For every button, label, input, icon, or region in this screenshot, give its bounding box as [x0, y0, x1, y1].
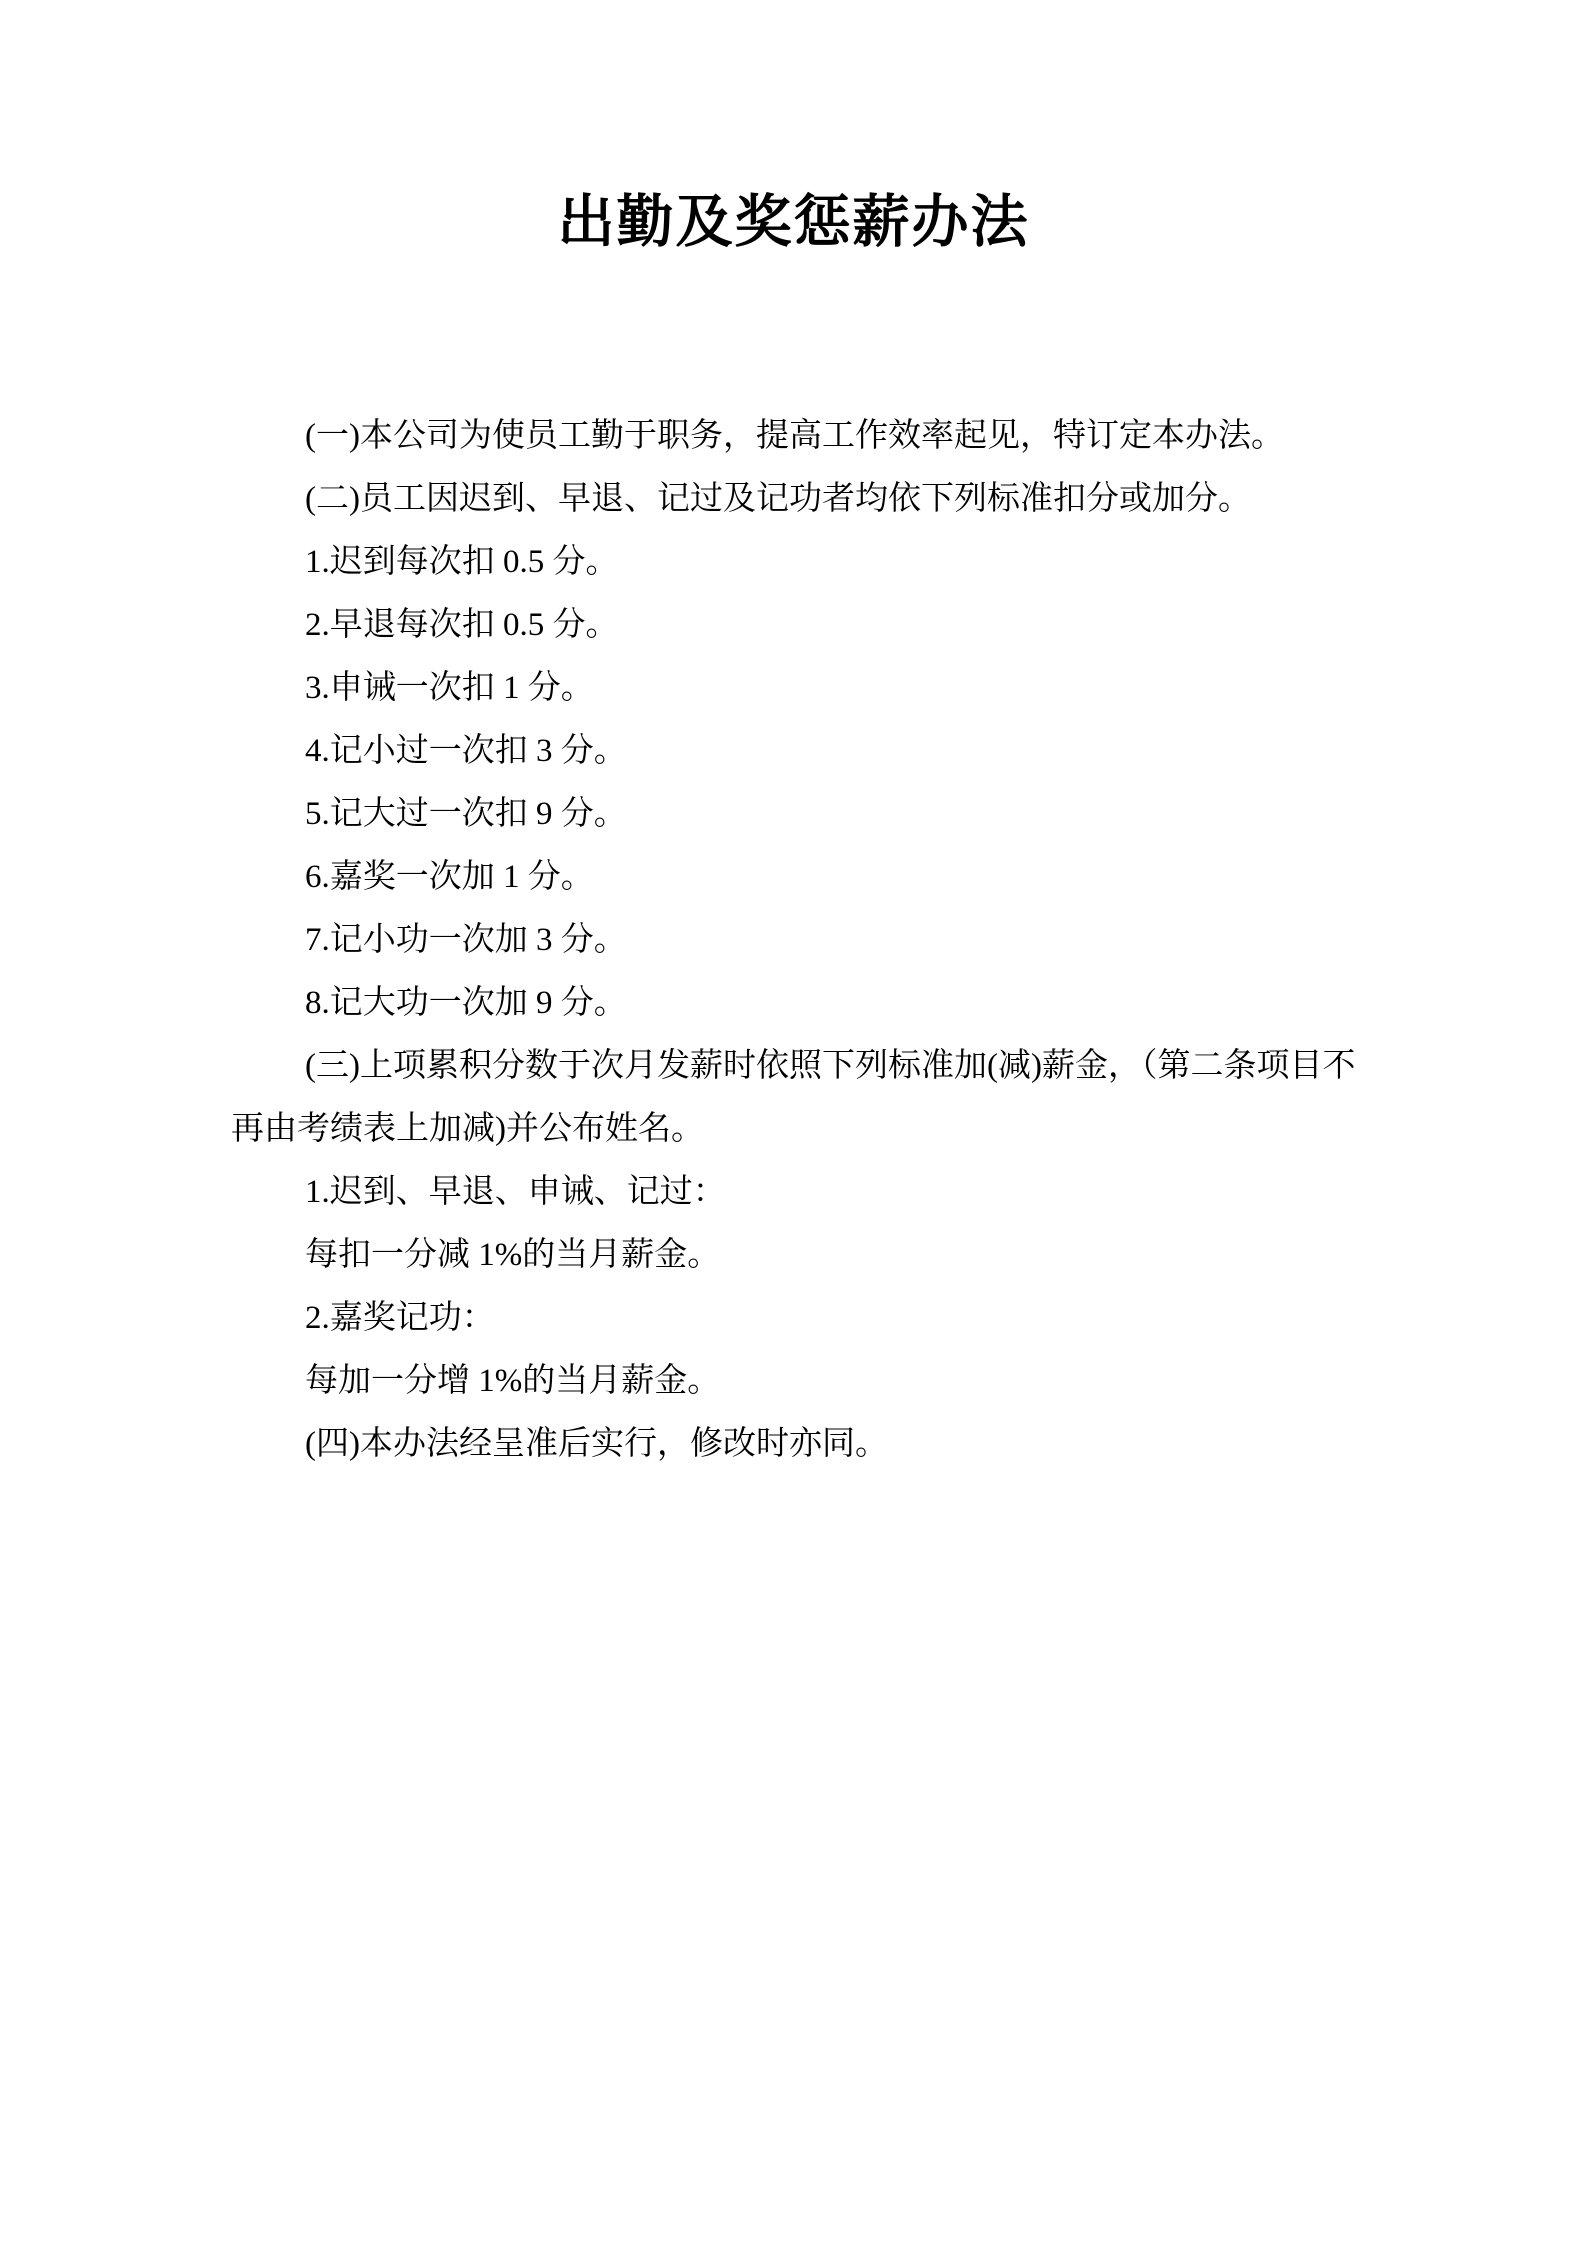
paragraph: 3.申诫一次扣 1 分。	[231, 657, 1356, 720]
document-body: (一)本公司为使员工勤于职务，提高工作效率起见，特订定本办法。(二)员工因迟到、…	[231, 405, 1356, 1476]
paragraph: 8.记大功一次加 9 分。	[231, 972, 1356, 1035]
document-title: 出勤及奖惩薪办法	[0, 0, 1587, 252]
paragraph: 4.记小过一次扣 3 分。	[231, 720, 1356, 783]
paragraph: (二)员工因迟到、早退、记过及记功者均依下列标准扣分或加分。	[231, 468, 1356, 531]
paragraph: (一)本公司为使员工勤于职务，提高工作效率起见，特订定本办法。	[231, 405, 1356, 468]
document-page: 出勤及奖惩薪办法 (一)本公司为使员工勤于职务，提高工作效率起见，特订定本办法。…	[0, 0, 1587, 2245]
paragraph: (三)上项累积分数于次月发薪时依照下列标准加(减)薪金，（第二条项目不再由考绩表…	[231, 1035, 1356, 1161]
paragraph: 2.嘉奖记功：	[231, 1287, 1356, 1350]
paragraph: (四)本办法经呈准后实行，修改时亦同。	[231, 1413, 1356, 1476]
paragraph: 每加一分增 1%的当月薪金。	[231, 1350, 1356, 1413]
paragraph: 每扣一分减 1%的当月薪金。	[231, 1224, 1356, 1287]
paragraph: 6.嘉奖一次加 1 分。	[231, 846, 1356, 909]
paragraph: 7.记小功一次加 3 分。	[231, 909, 1356, 972]
paragraph: 5.记大过一次扣 9 分。	[231, 783, 1356, 846]
paragraph: 1.迟到、早退、申诫、记过：	[231, 1161, 1356, 1224]
paragraph: 2.早退每次扣 0.5 分。	[231, 594, 1356, 657]
paragraph: 1.迟到每次扣 0.5 分。	[231, 531, 1356, 594]
